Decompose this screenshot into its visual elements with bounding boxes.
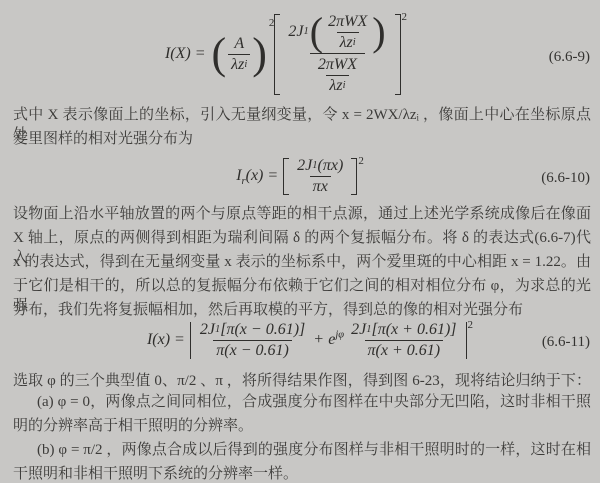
eq9-lhs: I(X) = <box>165 45 206 63</box>
eq11-term2-fraction: 2J1[π(x + 0.61)] π(x + 0.61) <box>348 321 459 360</box>
left-paren: ( <box>211 34 228 74</box>
eq9-coef-den: λz <box>231 56 244 74</box>
text-line: 爱里图样的相对光强分布为 <box>13 129 591 149</box>
eq9-outer-exponent: 2 <box>402 11 408 23</box>
eq10-exponent: 2 <box>358 155 364 167</box>
list-item-b-line: 干照明和非相干照明下系统的分辨率一样。 <box>13 464 591 483</box>
eq11-num1-post: [π(x − 0.61)] <box>220 321 305 339</box>
eq9-main-fraction: 2J1 ( 2πWX λzi ) 2πWX λzi <box>285 13 389 96</box>
right-vertical-bar <box>466 322 467 359</box>
text-line: 选取 φ 的三个典型值 0、π/2 、π ，将所得结果作图，得到图 6-23，现… <box>13 371 591 391</box>
eq11-exponent: 2 <box>468 319 474 331</box>
eq11-num2: 2J <box>351 321 366 339</box>
list-item-b-line: (b) φ = π/2 ，两像点合成以后得到的强度分布图样与非相干照明时的一样，… <box>37 440 591 460</box>
eq10-fraction: 2J1(πx) πx <box>294 157 346 196</box>
right-bracket <box>395 14 401 95</box>
equation-label-6-6-11: (6.6-11) <box>542 334 590 351</box>
right-bracket <box>351 158 357 195</box>
left-paren: ( <box>309 14 324 51</box>
textbook-page: I(X) = ( A λzi ) 2 2J1 ( 2πWX λzi ) <box>0 0 600 483</box>
text-line: x 的表达式，得到在无量纲变量 x 表示的坐标系中，两个爱里斑的中心相距 x =… <box>13 252 591 272</box>
equation-6-6-9: I(X) = ( A λzi ) 2 2J1 ( 2πWX λzi ) <box>0 4 600 104</box>
eq9-coefficient-fraction: A λzi <box>228 35 250 74</box>
right-paren: ) <box>251 34 268 74</box>
left-bracket <box>274 14 280 95</box>
eq10-num-post: (πx) <box>318 157 344 175</box>
list-item-a-line: (a) φ = 0，两像点之间同相位，合成强度分布图样在中央部分无凹陷，这时非相… <box>37 392 591 412</box>
eq9-bessel: 2J <box>288 23 303 41</box>
eq11-e-exponent: jφ <box>335 330 344 341</box>
equation-label-6-6-10: (6.6-10) <box>541 170 590 187</box>
equation-6-6-11: I(x) = 2J1[π(x − 0.61)] π(x − 0.61) + ej… <box>0 312 600 368</box>
eq10-den: πx <box>313 178 328 196</box>
eq11-den1: π(x − 0.61) <box>216 342 289 360</box>
eq11-num2-post: [π(x + 0.61)] <box>371 321 456 339</box>
eq9-inner-den: λz <box>340 34 353 52</box>
eq9-inner-num: 2πWX <box>328 13 367 31</box>
left-bracket <box>283 158 289 195</box>
eq11-den2: π(x + 0.61) <box>368 342 441 360</box>
eq9-den-den: λz <box>329 77 342 95</box>
eq9-den-num: 2πWX <box>318 56 357 74</box>
plus-sign: + <box>314 331 323 349</box>
list-item-a-line: 明的分辨率高于相干照明的分辨率。 <box>13 416 591 436</box>
text-line: 设物面上沿水平轴放置的两个与原点等距的相干点源，通过上述光学系统成像后在像面 <box>13 204 591 224</box>
left-vertical-bar <box>190 322 191 359</box>
eq11-term1-fraction: 2J1[π(x − 0.61)] π(x − 0.61) <box>197 321 308 360</box>
right-paren: ) <box>371 14 386 51</box>
eq11-num1: 2J <box>200 321 215 339</box>
equation-label-6-6-9: (6.6-9) <box>549 49 590 66</box>
equation-6-6-10: Ir(x) = 2J1(πx) πx 2 <box>0 150 600 202</box>
eq10-lhs-rest: (x) = <box>246 167 279 184</box>
eq10-num: 2J <box>297 157 312 175</box>
eq11-lhs: I(x) = <box>147 331 185 349</box>
eq9-coef-num: A <box>234 35 244 53</box>
